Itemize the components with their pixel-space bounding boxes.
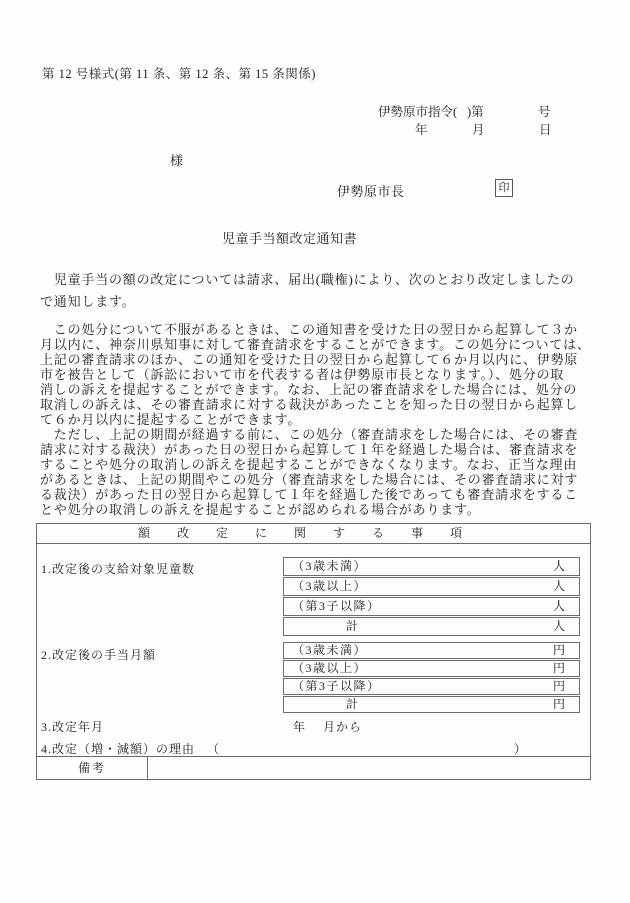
- intro-line: 児童手当の額の改定については請求、届出(職権)により、次のとおり改定しましたの: [40, 272, 596, 287]
- row-label: （3歳以上）: [284, 661, 367, 676]
- unit-label: 円: [553, 679, 579, 694]
- revision-date-label: 3.改定年月: [41, 718, 104, 735]
- children-count-label: 1.改定後の支給対象児童数: [41, 560, 195, 577]
- intro-paragraph: 児童手当の額の改定については請求、届出(職権)により、次のとおり改定しましたの …: [40, 272, 596, 309]
- issuer-name: 伊勢原市長: [337, 181, 405, 200]
- monthly-amount-label: 2.改定後の手当月額: [41, 646, 156, 663]
- children-count-row-third: （第3子以降） 人: [283, 597, 580, 616]
- unit-label: 円: [553, 697, 579, 712]
- seal-mark: 印: [495, 179, 513, 197]
- row-label: （3歳以上）: [284, 578, 367, 595]
- row-label: （3歳未満）: [284, 558, 367, 575]
- appeal-line: 市を被告として（訴訟において市を代表する者は伊勢原市長となります。）、処分の取: [40, 367, 596, 382]
- unit-label: 円: [553, 643, 579, 658]
- children-count-row-over3: （3歳以上） 人: [283, 577, 580, 596]
- directive-prefix: 伊勢原市指令(: [378, 105, 457, 119]
- date-year-label: 年: [415, 123, 428, 137]
- appeal-line: この処分について不服があるときは、この通知書を受けた日の翌日から起算して３か: [40, 322, 596, 337]
- revision-date-month-label: 月から: [323, 718, 362, 735]
- appeal-line: る裁決）があった日の翌日から起算して１年を経過した後であっても審査請求をするこ: [40, 487, 596, 502]
- document-page: 第 12 号様式(第 11 条、第 12 条、第 15 条関係) 伊勢原市指令(…: [0, 0, 630, 903]
- appeal-line: て６か月以内に提起することができます。: [40, 412, 596, 427]
- appeal-line: 請求に対する裁決）があった日の翌日から起算して１年を経過した場合は、審査請求を: [40, 442, 596, 457]
- remarks-row: 備考: [37, 756, 590, 779]
- unit-label: 人: [553, 578, 579, 595]
- unit-label: 人: [553, 598, 579, 615]
- total-label: 計: [284, 697, 360, 712]
- appeal-line: があるときは、上記の期間やこの処分（審査請求をした場合には、その審査請求に対す: [40, 472, 596, 487]
- appeal-line: 消しの訴えを提起することができます。なお、上記の審査請求をした場合には、処分の: [40, 382, 596, 397]
- directive-number-suffix: 号: [538, 105, 551, 119]
- date-day-label: 日: [539, 123, 552, 137]
- appeal-line: 月以内に、神奈川県知事に対して審査請求をすることができます。この処分については、: [40, 337, 596, 352]
- appeal-line: 取消しの訴えは、その審査請求に対する裁決があったことを知った日の翌日から起算し: [40, 397, 596, 412]
- row-label: （第3子以降）: [284, 679, 381, 694]
- monthly-amount-row-third: （第3子以降） 円: [283, 678, 580, 695]
- reason-close-paren: ）: [514, 743, 527, 756]
- revision-reason-label: 4.改定（増・減額）の理由: [41, 743, 195, 756]
- document-title: 児童手当額改定通知書: [222, 228, 357, 247]
- revision-table-body: 1.改定後の支給対象児童数 （3歳未満） 人 （3歳以上） 人 （第3子以降） …: [37, 544, 590, 756]
- appeal-paragraph: この処分について不服があるときは、この通知書を受けた日の翌日から起算して３か 月…: [40, 322, 596, 517]
- total-label: 計: [284, 618, 360, 635]
- intro-line: で通知します。: [40, 294, 596, 309]
- reason-open-paren: （: [207, 743, 220, 756]
- appeal-line: することや処分の取消しの訴えを提起することができなくなります。なお、正当な理由: [40, 457, 596, 472]
- children-count-row-under3: （3歳未満） 人: [283, 557, 580, 576]
- row-label: （第3子以降）: [284, 598, 381, 615]
- directive-middle: )第: [467, 105, 484, 119]
- appeal-line: とや処分の取消しの訴えを提起することが認められる場合があります。: [40, 502, 596, 517]
- children-count-table: （3歳未満） 人 （3歳以上） 人 （第3子以降） 人 計 人: [283, 557, 580, 637]
- appeal-line: 上記の審査請求のほか、この通知を受けた日の翌日から起算して６か月以内に、伊勢原: [40, 352, 596, 367]
- unit-label: 人: [553, 558, 579, 575]
- children-count-row-total: 計 人: [283, 617, 580, 636]
- monthly-amount-row-under3: （3歳未満） 円: [283, 642, 580, 659]
- unit-label: 円: [553, 661, 579, 676]
- monthly-amount-row-over3: （3歳以上） 円: [283, 660, 580, 677]
- revision-table: 額改定に関する事項 1.改定後の支給対象児童数 （3歳未満） 人 （3歳以上） …: [36, 523, 591, 780]
- monthly-amount-table: （3歳未満） 円 （3歳以上） 円 （第3子以降） 円 計 円: [283, 642, 580, 714]
- row-label: （3歳未満）: [284, 643, 367, 658]
- addressee-suffix: 様: [170, 150, 183, 169]
- revision-date-year-label: 年: [293, 718, 306, 735]
- appeal-line: ただし、上記の期間が経過する前に、この処分（審査請求をした場合には、その審査: [40, 427, 596, 442]
- revision-table-header: 額改定に関する事項: [37, 524, 590, 544]
- unit-label: 人: [553, 618, 579, 635]
- date-month-label: 月: [472, 123, 485, 137]
- remarks-value-cell: [148, 757, 590, 779]
- form-number: 第 12 号様式(第 11 条、第 12 条、第 15 条関係): [42, 67, 316, 81]
- remarks-label: 備考: [37, 757, 148, 779]
- monthly-amount-row-total: 計 円: [283, 696, 580, 713]
